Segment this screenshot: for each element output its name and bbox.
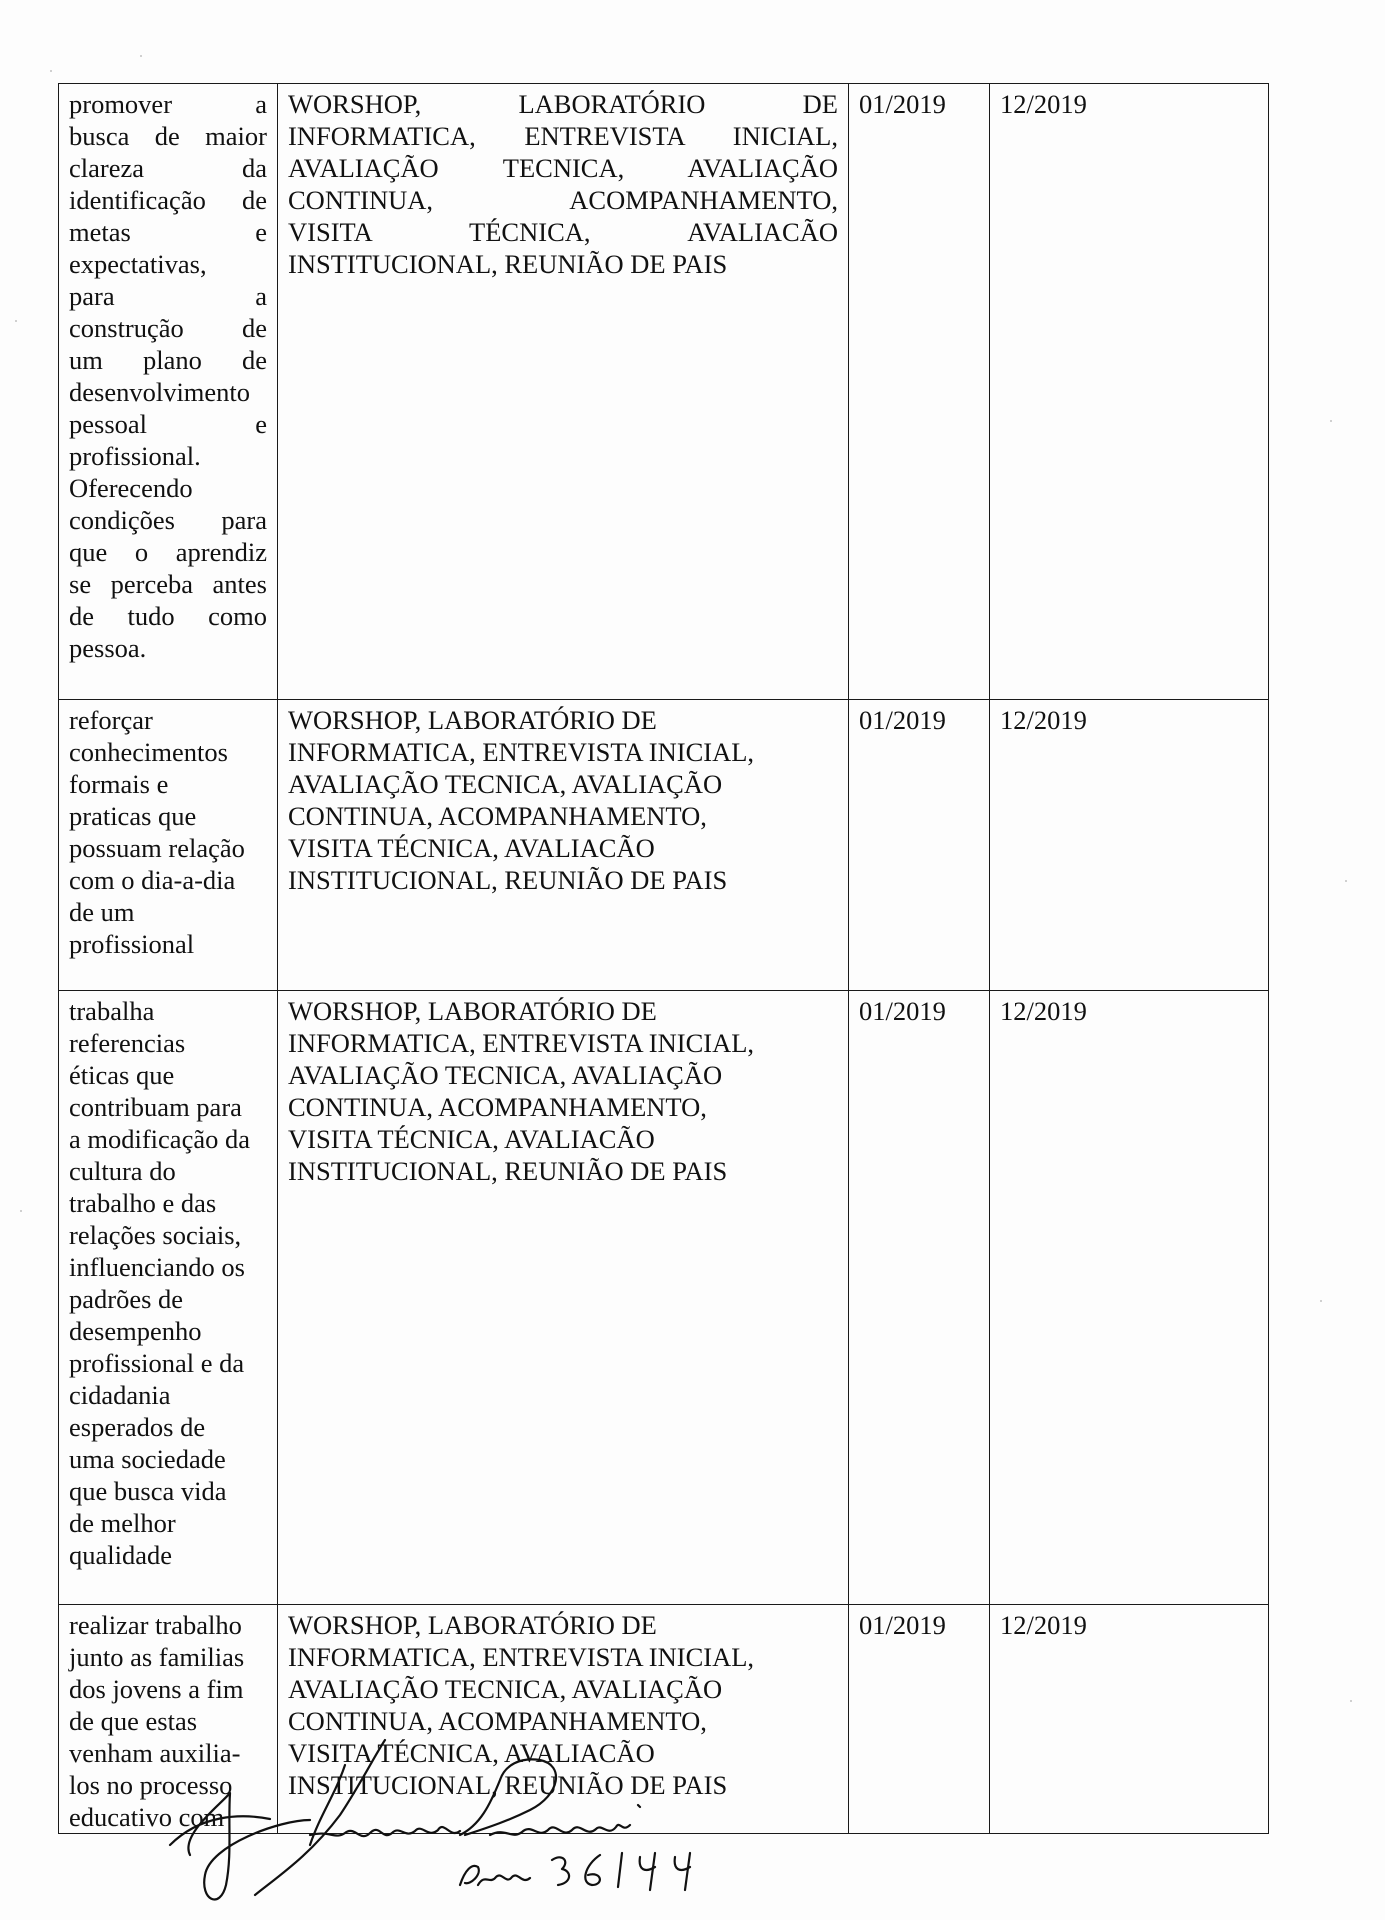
- signature-name-last: [490, 1805, 640, 1835]
- objective-cell-line: expectativas,: [69, 248, 267, 280]
- end-date-cell-value: 12/2019: [1000, 995, 1258, 1027]
- start-date-cell: 01/2019: [849, 700, 990, 991]
- scan-speck: [15, 320, 17, 322]
- start-date-cell: 01/2019: [849, 1605, 990, 1834]
- activities-cell-line: INSTITUCIONAL, REUNIÃO DE PAIS: [288, 248, 838, 280]
- objective-cell-line: construção de: [69, 312, 267, 344]
- objective-cell-line: se perceba antes: [69, 568, 267, 600]
- activities-cell-line: INFORMATICA, ENTREVISTA INICIAL,: [288, 120, 838, 152]
- objective-cell-line: reforçar: [69, 704, 267, 736]
- activities-cell-line: VISITA TÉCNICA, AVALIACÃO: [288, 216, 838, 248]
- end-date-cell: 12/2019: [990, 1605, 1269, 1834]
- objective-cell-line: qualidade: [69, 1539, 267, 1571]
- scan-speck: [1330, 420, 1332, 422]
- end-date-cell: 12/2019: [990, 991, 1269, 1605]
- table-row: trabalhareferenciaséticas quecontribuam …: [59, 991, 1269, 1605]
- objective-cell-line: de tudo como: [69, 600, 267, 632]
- handwritten-signature: [160, 1735, 720, 1920]
- objective-cell-line: praticas que: [69, 800, 267, 832]
- objective-cell-line: condições para: [69, 504, 267, 536]
- table-row: promover abusca de maiorclareza daidenti…: [59, 84, 1269, 700]
- objective-cell-line: possuam relação: [69, 832, 267, 864]
- activities-cell-line: AVALIAÇÃO TECNICA, AVALIAÇÃO: [288, 152, 838, 184]
- activities-cell-line: CONTINUA, ACOMPANHAMENTO,: [288, 1705, 838, 1737]
- objective-cell-line: esperados de: [69, 1411, 267, 1443]
- objective-cell-line: trabalha: [69, 995, 267, 1027]
- objective-cell: reforçarconhecimentosformais epraticas q…: [59, 700, 278, 991]
- objective-cell: trabalhareferenciaséticas quecontribuam …: [59, 991, 278, 1605]
- objective-cell-line: profissional e da: [69, 1347, 267, 1379]
- signature-annotation-prefix: [460, 1866, 530, 1885]
- activities-cell: WORSHOP, LABORATÓRIO DEINFORMATICA, ENTR…: [278, 991, 849, 1605]
- objective-cell-line: a modificação da: [69, 1123, 267, 1155]
- objective-cell-line: de melhor: [69, 1507, 267, 1539]
- objective-cell: promover abusca de maiorclareza daidenti…: [59, 84, 278, 700]
- start-date-cell-value: 01/2019: [859, 1609, 979, 1641]
- objective-cell-line: um plano de: [69, 344, 267, 376]
- scan-speck: [1320, 1300, 1322, 1302]
- activities-cell-line: VISITA TÉCNICA, AVALIACÃO: [288, 1123, 838, 1155]
- activities-cell-line: INFORMATICA, ENTREVISTA INICIAL,: [288, 1641, 838, 1673]
- end-date-cell-value: 12/2019: [1000, 704, 1258, 736]
- signature-annotation-number: [552, 1853, 690, 1890]
- scan-speck: [140, 55, 142, 57]
- activities-cell-line: WORSHOP, LABORATÓRIO DE: [288, 995, 838, 1027]
- signature-p-loop: [460, 1759, 556, 1835]
- objective-cell-line: de que estas: [69, 1705, 267, 1737]
- objective-cell-line: busca de maior: [69, 120, 267, 152]
- objective-cell-line: influenciando os: [69, 1251, 267, 1283]
- activities-cell-line: INSTITUCIONAL, REUNIÃO DE PAIS: [288, 1155, 838, 1187]
- objective-cell-line: realizar trabalho: [69, 1609, 267, 1641]
- activities-cell-line: AVALIAÇÃO TECNICA, AVALIAÇÃO: [288, 1059, 838, 1091]
- activities-cell-line: CONTINUA, ACOMPANHAMENTO,: [288, 800, 838, 832]
- scan-speck: [50, 70, 52, 72]
- signature-name-first: [310, 1827, 460, 1836]
- objective-cell-line: profissional.: [69, 440, 267, 472]
- objective-cell-line: formais e: [69, 768, 267, 800]
- activities-cell-line: AVALIAÇÃO TECNICA, AVALIAÇÃO: [288, 1673, 838, 1705]
- activities-cell-line: VISITA TÉCNICA, AVALIACÃO: [288, 832, 838, 864]
- objective-cell-line: cultura do: [69, 1155, 267, 1187]
- objective-cell-line: desenvolvimento: [69, 376, 267, 408]
- objective-cell-line: identificação de: [69, 184, 267, 216]
- activities-cell-line: AVALIAÇÃO TECNICA, AVALIAÇÃO: [288, 768, 838, 800]
- objective-cell-line: de um: [69, 896, 267, 928]
- activity-plan-table: promover abusca de maiorclareza daidenti…: [58, 83, 1269, 1834]
- scan-speck: [1350, 1700, 1352, 1702]
- signature-f-stroke: [255, 1740, 385, 1895]
- scanned-page: promover abusca de maiorclareza daidenti…: [0, 0, 1385, 1920]
- objective-cell-line: desempenho: [69, 1315, 267, 1347]
- scan-speck: [1345, 880, 1347, 882]
- signature-flourish: [170, 1793, 310, 1899]
- activities-cell-line: WORSHOP, LABORATÓRIO DE: [288, 88, 838, 120]
- objective-cell-line: uma sociedade: [69, 1443, 267, 1475]
- activities-cell-line: CONTINUA, ACOMPANHAMENTO,: [288, 184, 838, 216]
- objective-cell-line: relações sociais,: [69, 1219, 267, 1251]
- table-row: reforçarconhecimentosformais epraticas q…: [59, 700, 1269, 991]
- end-date-cell-value: 12/2019: [1000, 1609, 1258, 1641]
- objective-cell-line: clareza da: [69, 152, 267, 184]
- activities-cell-line: INSTITUCIONAL, REUNIÃO DE PAIS: [288, 864, 838, 896]
- objective-cell-line: cidadania: [69, 1379, 267, 1411]
- activities-cell-line: WORSHOP, LABORATÓRIO DE: [288, 1609, 838, 1641]
- objective-cell-line: trabalho e das: [69, 1187, 267, 1219]
- objective-cell-line: padrões de: [69, 1283, 267, 1315]
- objective-cell-line: Oferecendo: [69, 472, 267, 504]
- activities-cell: WORSHOP, LABORATÓRIO DEINFORMATICA, ENTR…: [278, 700, 849, 991]
- objective-cell-line: referencias: [69, 1027, 267, 1059]
- objective-cell-line: que busca vida: [69, 1475, 267, 1507]
- objective-cell-line: éticas que: [69, 1059, 267, 1091]
- scan-speck: [20, 1210, 22, 1212]
- activities-cell: WORSHOP, LABORATÓRIO DEINFORMATICA, ENTR…: [278, 84, 849, 700]
- end-date-cell: 12/2019: [990, 84, 1269, 700]
- activities-cell-line: INFORMATICA, ENTREVISTA INICIAL,: [288, 736, 838, 768]
- objective-cell-line: junto as familias: [69, 1641, 267, 1673]
- end-date-cell: 12/2019: [990, 700, 1269, 991]
- objective-cell-line: que o aprendiz: [69, 536, 267, 568]
- activities-cell-line: INFORMATICA, ENTREVISTA INICIAL,: [288, 1027, 838, 1059]
- start-date-cell-value: 01/2019: [859, 995, 979, 1027]
- objective-cell-line: pessoa.: [69, 632, 267, 664]
- objective-cell-line: dos jovens a fim: [69, 1673, 267, 1705]
- start-date-cell-value: 01/2019: [859, 704, 979, 736]
- objective-cell-line: conhecimentos: [69, 736, 267, 768]
- objective-cell-line: promover a: [69, 88, 267, 120]
- start-date-cell: 01/2019: [849, 84, 990, 700]
- objective-cell-line: para a: [69, 280, 267, 312]
- objective-cell-line: metas e: [69, 216, 267, 248]
- objective-cell-line: pessoal e: [69, 408, 267, 440]
- start-date-cell: 01/2019: [849, 991, 990, 1605]
- objective-cell-line: contribuam para: [69, 1091, 267, 1123]
- activities-cell-line: WORSHOP, LABORATÓRIO DE: [288, 704, 838, 736]
- objective-cell-line: com o dia-a-dia: [69, 864, 267, 896]
- end-date-cell-value: 12/2019: [1000, 88, 1258, 120]
- objective-cell-line: profissional: [69, 928, 267, 960]
- start-date-cell-value: 01/2019: [859, 88, 979, 120]
- activities-cell-line: CONTINUA, ACOMPANHAMENTO,: [288, 1091, 838, 1123]
